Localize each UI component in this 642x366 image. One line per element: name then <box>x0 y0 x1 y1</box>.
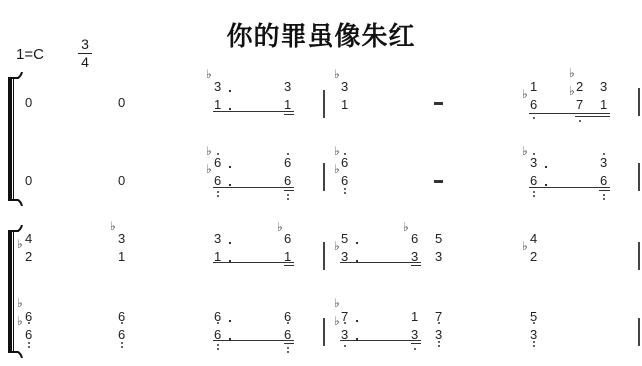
flat-icon: ♭ <box>17 297 23 309</box>
note: 3 <box>435 250 442 263</box>
augmentation-dot <box>229 90 231 92</box>
beam-underline <box>284 190 294 191</box>
note: 1 <box>600 98 607 111</box>
octave-dot <box>603 153 605 155</box>
note: 2 <box>530 250 537 263</box>
beam-underline <box>529 113 610 114</box>
note: 6 <box>214 156 221 169</box>
time-signature-numerator: 3 <box>78 36 92 54</box>
key-signature: 1=C <box>16 46 44 63</box>
octave-dot <box>438 345 440 347</box>
beam-underline <box>575 116 610 117</box>
note: 6 <box>284 232 291 245</box>
flat-icon: ♭ <box>569 67 575 79</box>
note: 6 <box>118 328 125 341</box>
flat-icon: ♭ <box>17 315 23 327</box>
note: 0 <box>118 174 125 187</box>
time-signature-denominator: 4 <box>81 54 89 70</box>
note: 0 <box>25 174 32 187</box>
flat-icon: ♭ <box>334 240 340 252</box>
beam-underline <box>411 265 421 266</box>
note: 4 <box>25 232 32 245</box>
octave-dot <box>603 198 605 200</box>
flat-icon: ♭ <box>206 145 212 157</box>
octave-dot <box>533 195 535 197</box>
note: 6 <box>530 174 537 187</box>
flat-icon: ♭ <box>334 315 340 327</box>
beam-underline <box>340 262 421 263</box>
flat-icon: ♭ <box>522 88 528 100</box>
note: 3 <box>214 80 221 93</box>
flat-icon: ♭ <box>17 238 23 250</box>
note: 3 <box>530 328 537 341</box>
octave-dot <box>287 351 289 353</box>
augmentation-dot <box>545 166 547 168</box>
octave-dot <box>121 346 123 348</box>
note: 1 <box>341 98 348 111</box>
octave-dot <box>217 348 219 350</box>
note: 1 <box>411 310 418 323</box>
note: 1 <box>118 250 125 263</box>
augmentation-dot <box>229 320 231 322</box>
note: 3 <box>435 328 442 341</box>
augmentation-dot <box>229 108 231 110</box>
note: 6 <box>341 174 348 187</box>
augmentation-dot <box>229 184 231 186</box>
sustain-dash <box>434 102 443 105</box>
flat-icon: ♭ <box>569 85 575 97</box>
flat-icon: ♭ <box>206 68 212 80</box>
note: 3 <box>341 80 348 93</box>
time-signature: 3 4 <box>78 36 92 71</box>
note: 0 <box>25 96 32 109</box>
octave-dot <box>438 341 440 343</box>
system-bracket-icon <box>6 72 24 206</box>
octave-dot <box>217 344 219 346</box>
note: 7 <box>576 98 583 111</box>
beam-underline <box>213 187 294 188</box>
octave-dot <box>217 322 219 324</box>
octave-dot <box>217 153 219 155</box>
note: 6 <box>341 156 348 169</box>
beam-underline <box>411 343 421 344</box>
note: 1 <box>214 98 221 111</box>
beam-underline <box>599 190 610 191</box>
octave-dot <box>579 120 581 122</box>
note: 3 <box>600 80 607 93</box>
beam-underline <box>340 340 421 341</box>
octave-dot <box>533 117 535 119</box>
augmentation-dot <box>229 242 231 244</box>
flat-icon: ♭ <box>110 220 116 232</box>
octave-dot <box>533 345 535 347</box>
octave-dot <box>287 194 289 196</box>
flat-icon: ♭ <box>522 240 528 252</box>
octave-dot <box>287 198 289 200</box>
note: 6 <box>284 156 291 169</box>
flat-icon: ♭ <box>334 163 340 175</box>
note: 1 <box>284 98 291 111</box>
note: 4 <box>530 232 537 245</box>
note: 6 <box>530 98 537 111</box>
beam-underline <box>284 265 294 266</box>
sustain-dash <box>434 180 443 183</box>
octave-dot <box>287 322 289 324</box>
note: 6 <box>284 174 291 187</box>
note: 6 <box>214 174 221 187</box>
note: 3 <box>284 80 291 93</box>
note: 3 <box>214 232 221 245</box>
augmentation-dot <box>545 184 547 186</box>
flat-icon: ♭ <box>206 163 212 175</box>
octave-dot <box>533 191 535 193</box>
note: 2 <box>576 80 583 93</box>
octave-dot <box>217 191 219 193</box>
flat-icon: ♭ <box>403 221 409 233</box>
octave-dot <box>287 153 289 155</box>
flat-icon: ♭ <box>334 68 340 80</box>
note: 3 <box>600 156 607 169</box>
beam-underline <box>529 187 610 188</box>
octave-dot <box>344 153 346 155</box>
barline <box>323 318 325 346</box>
note: 3 <box>530 156 537 169</box>
augmentation-dot <box>356 320 358 322</box>
octave-dot <box>603 194 605 196</box>
note: 5 <box>341 232 348 245</box>
note: 5 <box>435 232 442 245</box>
octave-dot <box>121 322 123 324</box>
flat-icon: ♭ <box>334 145 340 157</box>
note: 1 <box>530 80 537 93</box>
augmentation-dot <box>229 166 231 168</box>
note: 2 <box>25 250 32 263</box>
augmentation-dot <box>356 242 358 244</box>
octave-dot <box>28 346 30 348</box>
barline <box>323 163 325 191</box>
note: 6 <box>25 328 32 341</box>
beam-underline <box>213 340 294 341</box>
song-title: 你的罪虽像朱红 <box>0 16 642 53</box>
note: 3 <box>118 232 125 245</box>
barline <box>638 88 640 116</box>
octave-dot <box>533 341 535 343</box>
octave-dot <box>533 322 535 324</box>
barline <box>638 318 640 346</box>
beam-underline <box>284 114 294 115</box>
flat-icon: ♭ <box>277 221 283 233</box>
octave-dot <box>28 322 30 324</box>
note: 6 <box>600 174 607 187</box>
octave-dot <box>438 322 440 324</box>
note: 0 <box>118 96 125 109</box>
beam-underline <box>284 343 294 344</box>
octave-dot <box>414 348 416 350</box>
barline <box>638 163 640 191</box>
beam-underline <box>213 262 294 263</box>
flat-icon: ♭ <box>334 297 340 309</box>
note: 6 <box>411 232 418 245</box>
octave-dot <box>287 347 289 349</box>
octave-dot <box>344 192 346 194</box>
barline <box>638 242 640 270</box>
barline <box>323 90 325 118</box>
flat-icon: ♭ <box>522 145 528 157</box>
octave-dot <box>217 195 219 197</box>
octave-dot <box>28 342 30 344</box>
beam-underline <box>213 111 294 112</box>
octave-dot <box>533 153 535 155</box>
octave-dot <box>344 322 346 324</box>
octave-dot <box>344 188 346 190</box>
barline <box>323 242 325 270</box>
octave-dot <box>344 345 346 347</box>
octave-dot <box>121 342 123 344</box>
